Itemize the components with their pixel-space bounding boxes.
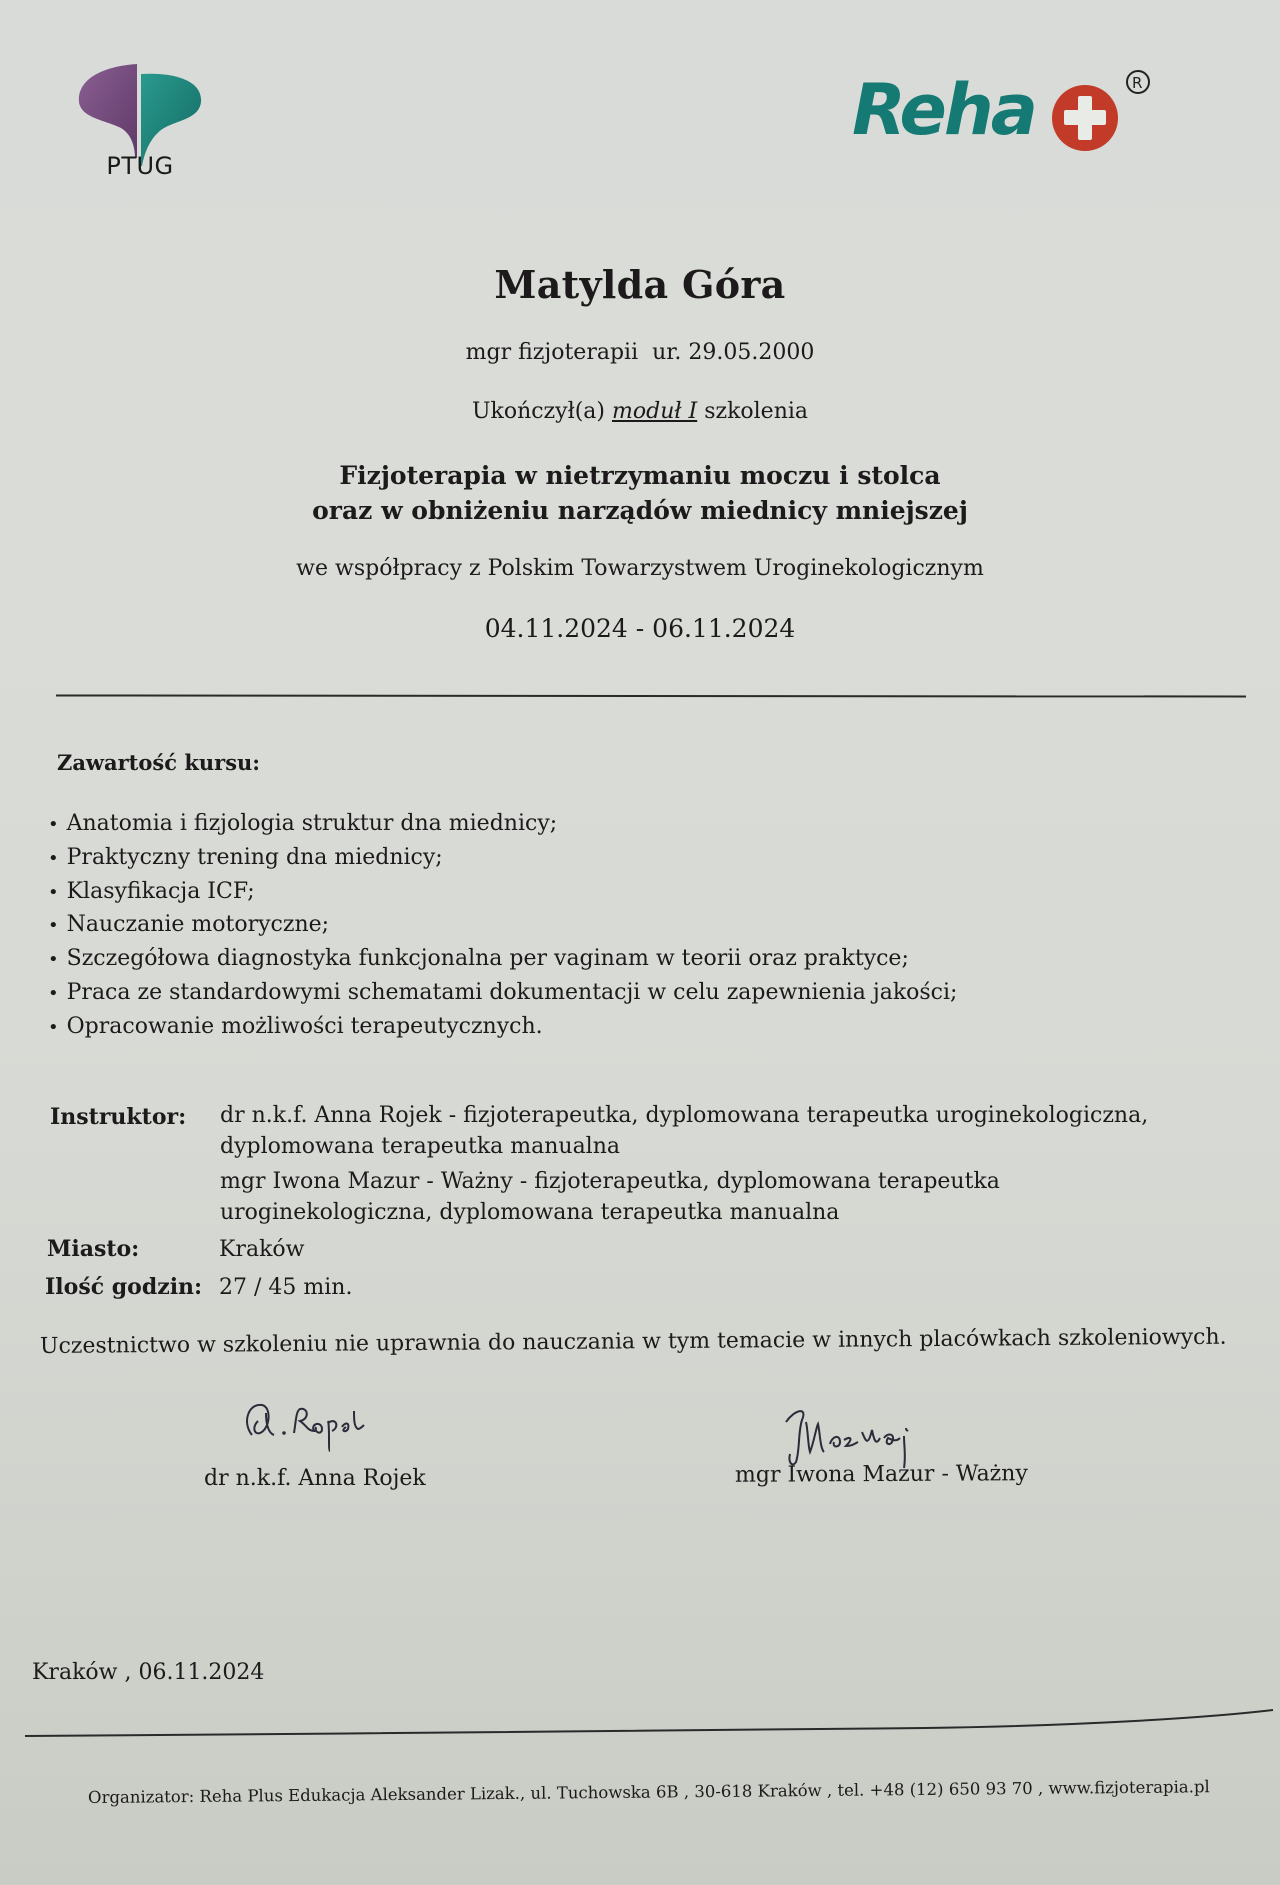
bottom-divider xyxy=(25,1700,1275,1740)
completion-statement: Ukończył(a) moduł I szkolenia xyxy=(0,399,1280,424)
cooperation-statement: we współpracy z Polskim Towarzystwem Uro… xyxy=(0,556,1280,581)
signature-anna-rojek-icon xyxy=(240,1393,390,1453)
list-item: Praktyczny trening dna miednicy; xyxy=(48,842,957,876)
hours-label: Ilość godzin: xyxy=(45,1274,202,1300)
instructor-1: dr n.k.f. Anna Rojek - fizjoterapeutka, … xyxy=(220,1100,1220,1162)
list-item: Praca ze standardowymi schematami dokume… xyxy=(48,977,957,1011)
completed-prefix: Ukończył(a) xyxy=(472,399,605,424)
city-label: Miasto: xyxy=(47,1236,139,1262)
course-title-line-1: Fizjoterapia w nietrzymaniu moczu i stol… xyxy=(0,458,1280,493)
signer-2-name: mgr Iwona Mazur - Ważny xyxy=(735,1461,1028,1488)
list-item: Nauczanie motoryczne; xyxy=(48,909,957,943)
module-name: moduł I xyxy=(612,399,697,424)
instructor-2: mgr Iwona Mazur - Ważny - fizjoterapeutk… xyxy=(220,1166,1220,1228)
list-item: Szczegółowa diagnostyka funkcjonalna per… xyxy=(48,943,957,977)
instructor-1-line-2: dyplomowana terapeutka manualna xyxy=(220,1131,1220,1162)
instructor-2-line-2: uroginekologiczna, dyplomowana terapeutk… xyxy=(220,1197,1220,1228)
certificate-holder-name: Matylda Góra xyxy=(0,262,1280,307)
course-content-list: Anatomia i fizjologia struktur dna miedn… xyxy=(48,808,957,1045)
ptug-logo-label: PTUG xyxy=(100,152,180,180)
instructor-2-line-1: mgr Iwona Mazur - Ważny - fizjoterapeutk… xyxy=(220,1166,1220,1197)
course-content-heading: Zawartość kursu: xyxy=(57,750,260,775)
disclaimer: Uczestnictwo w szkoleniu nie uprawnia do… xyxy=(40,1325,1227,1359)
top-divider xyxy=(56,694,1246,697)
organizer-footer: Organizator: Reha Plus Edukacja Aleksand… xyxy=(88,1777,1210,1807)
certificate-page: PTUG Reha R Matylda Góra mgr fizjoterapi… xyxy=(0,0,1280,1885)
instructor-label: Instruktor: xyxy=(50,1104,186,1130)
completed-suffix: szkolenia xyxy=(704,399,808,424)
list-item: Opracowanie możliwości terapeutycznych. xyxy=(48,1011,957,1045)
course-date-range: 04.11.2024 - 06.11.2024 xyxy=(0,614,1280,643)
instructor-1-line-1: dr n.k.f. Anna Rojek - fizjoterapeutka, … xyxy=(220,1100,1220,1131)
svg-text:Reha: Reha xyxy=(852,69,1035,151)
place-and-issue-date: Kraków , 06.11.2024 xyxy=(32,1660,264,1685)
degree-and-birthdate: mgr fizjoterapii ur. 29.05.2000 xyxy=(0,340,1280,365)
signer-1-name: dr n.k.f. Anna Rojek xyxy=(204,1466,426,1491)
hours-value: 27 / 45 min. xyxy=(219,1272,352,1303)
list-item: Klasyfikacja ICF; xyxy=(48,876,957,910)
reha-plus-logo-icon: Reha R xyxy=(850,62,1160,157)
svg-text:R: R xyxy=(1132,74,1142,92)
course-title: Fizjoterapia w nietrzymaniu moczu i stol… xyxy=(0,458,1280,528)
list-item: Anatomia i fizjologia struktur dna miedn… xyxy=(48,808,957,842)
city-value: Kraków xyxy=(219,1234,304,1265)
course-title-line-2: oraz w obniżeniu narządów miednicy mniej… xyxy=(0,493,1280,528)
